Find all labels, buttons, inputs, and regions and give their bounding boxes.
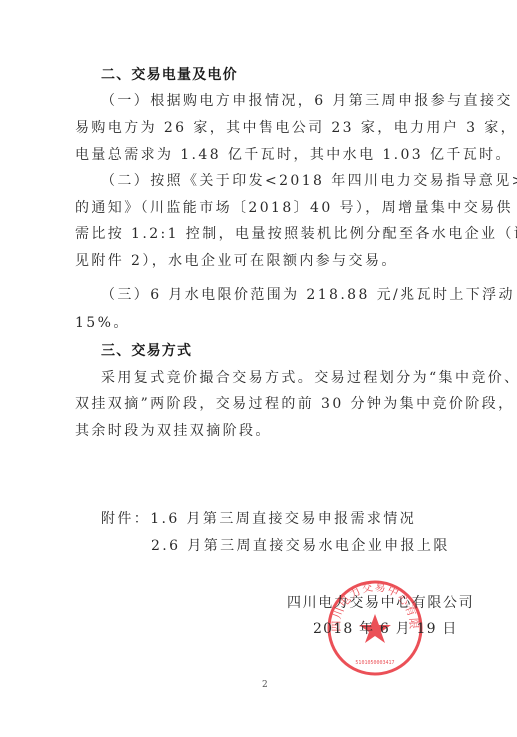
paragraph-line: 需比按 1.2:1 控制，电量按照装机比例分配至各水电企业（详 [75, 225, 517, 243]
svg-text:5101050003417: 5101050003417 [355, 660, 394, 666]
signature-organization: 四川电力交易中心有限公司 [287, 594, 474, 612]
page-number: 2 [262, 680, 268, 690]
section-heading-trading-method: 三、交易方式 [101, 342, 192, 360]
paragraph-line: 采用复式竞价撮合交易方式。交易过程划分为“集中竞价、 [101, 369, 517, 387]
paragraph-line: （二）按照《关于印发<2018 年四川电力交易指导意见> [101, 172, 517, 190]
paragraph-line: 双挂双摘”两阶段，交易过程的前 30 分钟为集中竞价阶段， [75, 395, 514, 413]
paragraph-line: 见附件 2），水电企业可在限额内参与交易。 [75, 252, 398, 270]
paragraph-line: （三）6 月水电限价范围为 218.88 元/兆瓦时上下浮动 [101, 286, 515, 304]
attachment-item-1: 1.6 月第三周直接交易申报需求情况 [150, 511, 416, 527]
paragraph-line: 易购电方为 26 家，其中售电公司 23 家，电力用户 3 家，申报 [75, 119, 517, 137]
signature-date: 2018 年 6 月 19 日 [313, 620, 458, 638]
paragraph-line: 的通知》（川监能市场〔2018〕40 号），周增量集中交易供 [75, 199, 513, 217]
attachments-label: 附件： [101, 511, 150, 527]
paragraph-line: 电量总需求为 1.48 亿千瓦时，其中水电 1.03 亿千瓦时。 [75, 146, 512, 164]
section-heading-trading-volume-price: 二、交易电量及电价 [101, 66, 238, 84]
paragraph-line: 15%。 [75, 314, 130, 332]
attachment-item-2: 2.6 月第三周直接交易水电企业申报上限 [151, 537, 450, 555]
attachments-line-1: 附件：1.6 月第三周直接交易申报需求情况 [101, 510, 416, 528]
paragraph-line: 其余时段为双挂双摘阶段。 [75, 422, 272, 440]
paragraph-line: （一）根据购电方申报情况，6 月第三周申报参与直接交 [101, 92, 513, 110]
